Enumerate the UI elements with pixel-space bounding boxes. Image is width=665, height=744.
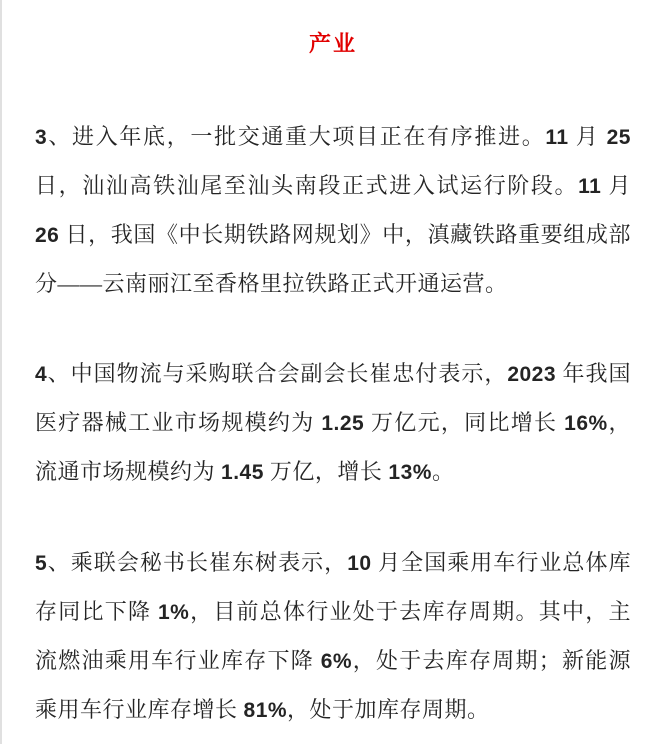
bold-number-run: 4 xyxy=(35,363,47,386)
bold-number-run: 1.25 xyxy=(321,412,364,435)
text-run: 万亿元，同比增长 xyxy=(364,410,564,435)
paragraph-auto-inventory: 5、乘联会秘书长崔东树表示，10 月全国乘用车行业总体库存同比下降 1%，目前总… xyxy=(35,539,631,735)
bold-number-run: 81% xyxy=(244,699,288,722)
bold-number-run: 26 xyxy=(35,224,59,247)
text-run: 月 xyxy=(569,124,607,149)
bold-number-run: 1% xyxy=(158,601,189,624)
text-run: 万亿，增长 xyxy=(264,459,389,484)
bold-number-run: 5 xyxy=(35,552,47,575)
text-run: ，处于加库存周期。 xyxy=(287,697,490,722)
bold-number-run: 3 xyxy=(35,126,47,149)
text-run: 日，我国《中长期铁路网规划》中，滇藏铁路重要组成部分——云南丽江至香格里拉铁路正… xyxy=(35,222,631,296)
bold-number-run: 10 xyxy=(347,552,371,575)
text-run: 、中国物流与采购联合会副会长崔忠付表示， xyxy=(47,361,507,386)
bold-number-run: 2023 xyxy=(507,363,556,386)
bold-number-run: 6% xyxy=(321,650,352,673)
text-run: 、进入年底，一批交通重大项目正在有序推进。 xyxy=(47,124,545,149)
bold-number-run: 11 xyxy=(545,126,568,149)
text-run: 。 xyxy=(432,459,455,484)
page-title: 产业 xyxy=(35,20,631,68)
bold-number-run: 16% xyxy=(564,412,608,435)
bold-number-run: 1.45 xyxy=(221,461,264,484)
bold-number-run: 25 xyxy=(607,126,631,149)
paragraph-medical-device-market: 4、中国物流与采购联合会副会长崔忠付表示，2023 年我国医疗器械工业市场规模约… xyxy=(35,350,631,497)
text-run: 、乘联会秘书长崔东树表示， xyxy=(47,550,347,575)
text-run: 月 xyxy=(601,173,631,198)
bold-number-run: 13% xyxy=(388,461,432,484)
bold-number-run: 11 xyxy=(578,175,601,198)
paragraph-transport-projects: 3、进入年底，一批交通重大项目正在有序推进。11 月 25 日，汕汕高铁汕尾至汕… xyxy=(35,113,631,308)
text-run: 日，汕汕高铁汕尾至汕头南段正式进入试运行阶段。 xyxy=(35,173,578,198)
page-left-edge xyxy=(0,0,2,744)
document-page: 产业 3、进入年底，一批交通重大项目正在有序推进。11 月 25 日，汕汕高铁汕… xyxy=(0,0,665,744)
